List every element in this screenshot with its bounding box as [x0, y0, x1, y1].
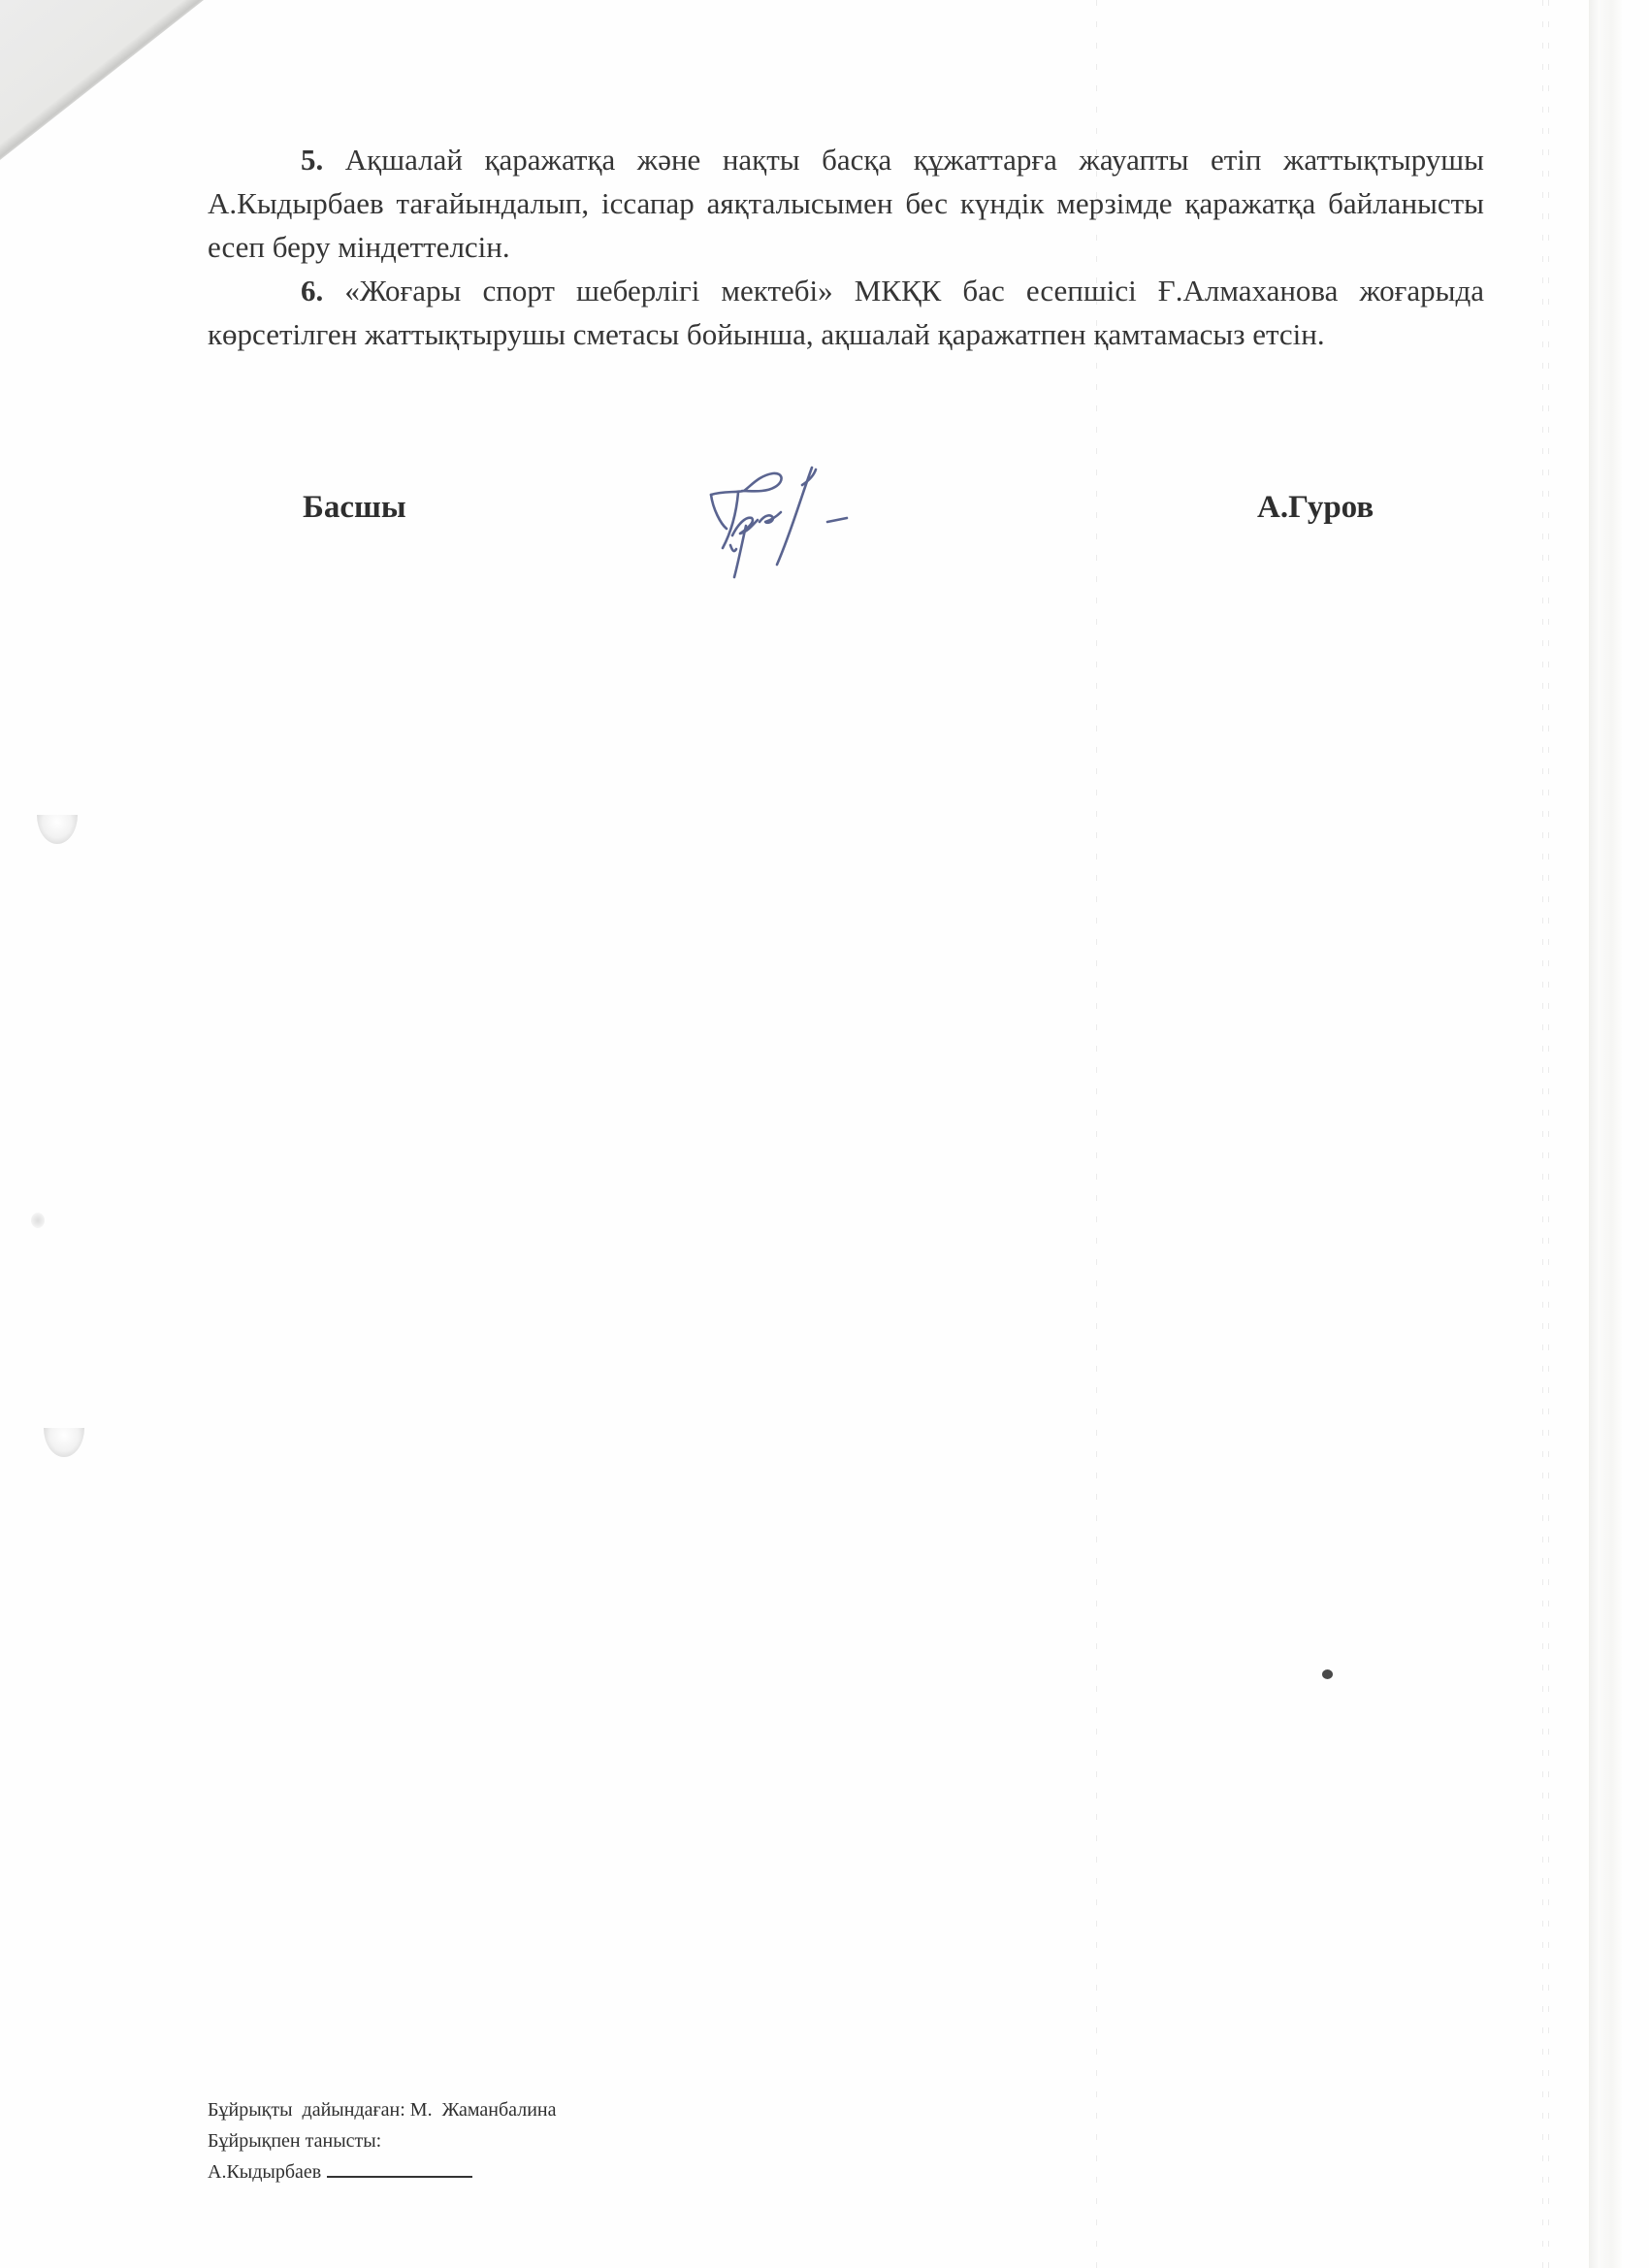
scan-streak [1542, 0, 1543, 2268]
paragraph-number: 6. [301, 274, 323, 308]
signatory-title: Басшы [303, 490, 406, 526]
punch-hole [37, 815, 78, 844]
paragraph-text: Ақшалай қаражатқа және нақты басқа құжат… [208, 143, 1484, 264]
prepared-by: Бұйрықты дайындаған: М. Жаманбалина [208, 2094, 556, 2125]
order-footer: Бұйрықты дайындаған: М. Жаманбалина Бұйр… [208, 2094, 556, 2187]
ink-dot [1322, 1669, 1333, 1679]
order-body: 5. Ақшалай қаражатқа және нақты басқа құ… [208, 138, 1484, 356]
punch-hole [44, 1428, 84, 1457]
folded-corner [0, 0, 204, 160]
scan-smudge [31, 1213, 45, 1228]
signature-blank [327, 2158, 472, 2178]
handwritten-signature [684, 456, 858, 582]
acquainted-label: Бұйрықпен танысты: [208, 2125, 556, 2156]
scan-streak [1548, 0, 1549, 2268]
scan-edge-strip [1589, 0, 1622, 2268]
paragraph-number: 5. [301, 143, 323, 177]
paragraph-6: 6. «Жоғары спорт шеберлігі мектебі» МКҚК… [208, 269, 1484, 356]
acquainted-name: А.Кыдырбаев [208, 2161, 321, 2183]
scanned-page: 5. Ақшалай қаражатқа және нақты басқа құ… [0, 0, 1649, 2268]
paragraph-text: «Жоғары спорт шеберлігі мектебі» МКҚК ба… [208, 274, 1484, 351]
paragraph-5: 5. Ақшалай қаражатқа және нақты басқа құ… [208, 138, 1484, 269]
acquainted-signature-line: А.Кыдырбаев [208, 2156, 556, 2187]
signatory-name: А.Гуров [1257, 490, 1374, 526]
